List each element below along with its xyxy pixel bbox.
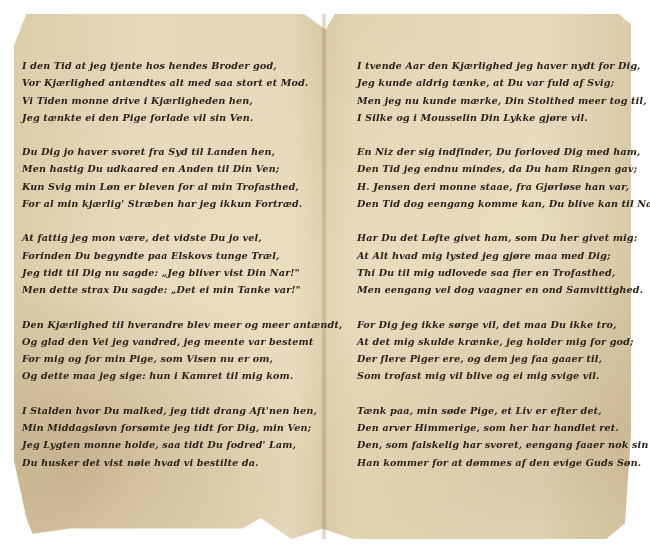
verse-line: Den Kjærlighed til hverandre blev meer o… bbox=[22, 317, 322, 334]
verse-line: Men jeg nu kunde mærke, Din Stolthed mee… bbox=[357, 93, 650, 110]
verse-line: Han kommer for at dømmes af den evige Gu… bbox=[357, 455, 650, 472]
verse-line: Du husker det vist nøie hvad vi bestilte… bbox=[22, 455, 322, 472]
verse-line: Vi Tiden monne drive i Kjærligheden hen, bbox=[22, 93, 322, 110]
verse-line: Vor Kjærlighed antændtes alt med saa sto… bbox=[22, 75, 322, 92]
verse-line: For al min kjærlig' Stræben har jeg ikku… bbox=[22, 196, 322, 213]
verse-line: Kun Svig min Løn er bleven for al min Tr… bbox=[22, 179, 322, 196]
verse-line: Den, som falskelig har svoret, eengang f… bbox=[357, 437, 650, 454]
verse-line: Den Tid dog eengang komme kan, Du blive … bbox=[357, 196, 650, 213]
verse-line: Men hastig Du udkaared en Anden til Din … bbox=[22, 161, 322, 178]
verse-line: I Stalden hvor Du malked, jeg tidt drang… bbox=[22, 403, 322, 420]
verse-line: Har Du det Løfte givet ham, som Du her g… bbox=[357, 230, 650, 247]
stanza: At fattig jeg mon være, det vidste Du jo… bbox=[22, 230, 322, 299]
verse-line: At det mig skulde krænke, jeg holder mig… bbox=[357, 334, 650, 351]
verse-line: Du Dig jo haver svoret fra Syd til Lande… bbox=[22, 144, 322, 161]
verse-line: At Alt hvad mig lysted jeg gjøre maa med… bbox=[357, 248, 650, 265]
verse-line: Tænk paa, min søde Pige, et Liv er efter… bbox=[357, 403, 650, 420]
stanza: En Niz der sig indfinder, Du forloved Di… bbox=[357, 144, 650, 213]
stanza: Du Dig jo haver svoret fra Syd til Lande… bbox=[22, 144, 322, 213]
stanza: I den Tid at jeg tjente hos hendes Brode… bbox=[22, 58, 322, 127]
verse-line: I tvende Aar den Kjærlighed jeg haver ny… bbox=[357, 58, 650, 75]
verse-line: Jeg tænkte ei den Pige forlade vil sin V… bbox=[22, 110, 322, 127]
verse-line: For Dig jeg ikke sørge vil, det maa Du i… bbox=[357, 317, 650, 334]
verse-line: En Niz der sig indfinder, Du forloved Di… bbox=[357, 144, 650, 161]
verse-line: Thi Du til mig udlovede saa fier en Trof… bbox=[357, 265, 650, 282]
verse-line: I den Tid at jeg tjente hos hendes Brode… bbox=[22, 58, 322, 75]
verse-line: Jeg tidt til Dig nu sagde: „Jeg bliver v… bbox=[22, 265, 322, 282]
verse-line: Men eengang vel dog vaagner en ond Samvi… bbox=[357, 282, 650, 299]
verse-line: Den arver Himmerige, som her har handlet… bbox=[357, 420, 650, 437]
verse-line: Forinden Du begyndte paa Elskovs tunge T… bbox=[22, 248, 322, 265]
verse-line: Og dette maa jeg sige: hun i Kamret til … bbox=[22, 368, 322, 385]
verse-line: H. Jensen deri monne staae, fra Gjørløse… bbox=[357, 179, 650, 196]
verse-line: I Silke og i Mousselin Din Lykke gjøre v… bbox=[357, 110, 650, 127]
stanza: Tænk paa, min søde Pige, et Liv er efter… bbox=[357, 403, 650, 472]
stanza: Har Du det Løfte givet ham, som Du her g… bbox=[357, 230, 650, 299]
verse-line: Min Middagsløvn forsømte jeg tidt for Di… bbox=[22, 420, 322, 437]
stanza: I Stalden hvor Du malked, jeg tidt drang… bbox=[22, 403, 322, 472]
verse-line: Den Tid jeg endnu mindes, da Du ham Ring… bbox=[357, 161, 650, 178]
verse-line: Der flere Piger ere, og dem jeg faa gaae… bbox=[357, 351, 650, 368]
verse-line: For mig og for min Pige, som Visen nu er… bbox=[22, 351, 322, 368]
right-page: I tvende Aar den Kjærlighed jeg haver ny… bbox=[357, 58, 650, 489]
left-page: I den Tid at jeg tjente hos hendes Brode… bbox=[22, 58, 322, 489]
verse-line: Jeg kunde aldrig tænke, at Du var fuld a… bbox=[357, 75, 650, 92]
verse-line: Men dette strax Du sagde: „Det ei min Ta… bbox=[22, 282, 322, 299]
verse-line: Og glad den Vei jeg vandred, jeg meente … bbox=[22, 334, 322, 351]
verse-line: Som trofast mig vil blive og ei mig svig… bbox=[357, 368, 650, 385]
stanza: I tvende Aar den Kjærlighed jeg haver ny… bbox=[357, 58, 650, 127]
stanza: For Dig jeg ikke sørge vil, det maa Du i… bbox=[357, 317, 650, 386]
stanza: Den Kjærlighed til hverandre blev meer o… bbox=[22, 317, 322, 386]
verse-line: At fattig jeg mon være, det vidste Du jo… bbox=[22, 230, 322, 247]
verse-line: Jeg Lygten monne holde, saa tidt Du fodr… bbox=[22, 437, 322, 454]
